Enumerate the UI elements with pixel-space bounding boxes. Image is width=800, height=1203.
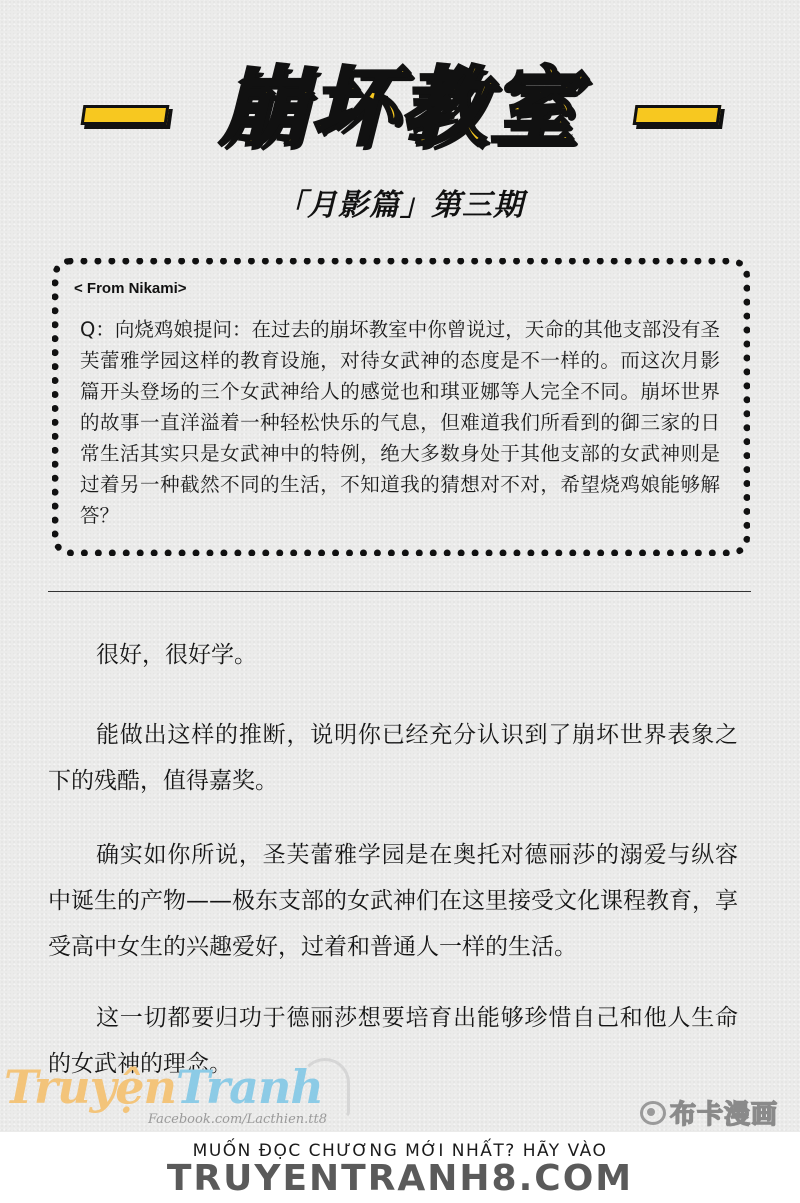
divider	[48, 591, 751, 592]
comic-page: 崩坏教室 「月影篇」第三期 < From Nikami> Q：向烧鸡娘提问：在过…	[0, 0, 800, 1132]
answer-paragraph: 很好，很好学。	[48, 632, 738, 678]
title-dash-right	[633, 105, 722, 125]
buka-watermark: 布卡漫画	[640, 1094, 778, 1131]
title-dash-left	[81, 105, 170, 125]
answer-paragraph: 确实如你所说，圣芙蕾雅学园是在奥托对德丽莎的溺爱与纵容中诞生的产物——极东支部的…	[48, 832, 738, 970]
facebook-watermark: Facebook.com/Lacthien.tt8	[148, 1112, 327, 1127]
title-banner: 崩坏教室	[0, 62, 800, 162]
answer-paragraph: 能做出这样的推断，说明你已经充分认识到了崩坏世界表象之下的残酷，值得嘉奖。	[48, 712, 738, 804]
watermark-part1: Truyện	[4, 1060, 176, 1114]
page-subtitle: 「月影篇」第三期	[0, 180, 800, 224]
truyentranh-watermark: TruyệnTranh	[4, 1060, 323, 1114]
watermark-ring-icon	[300, 1058, 350, 1118]
page-title: 崩坏教室	[190, 58, 610, 158]
buka-logo-icon	[640, 1101, 666, 1125]
promo-site-link[interactable]: TRUYENTRANH8.COM	[0, 1158, 800, 1199]
buka-text: 布卡漫画	[670, 1094, 778, 1131]
question-text: Q：向烧鸡娘提问：在过去的崩坏教室中你曾说过，天命的其他支部没有圣芙蕾雅学园这样…	[80, 314, 720, 531]
question-author: < From Nikami>	[74, 280, 187, 297]
